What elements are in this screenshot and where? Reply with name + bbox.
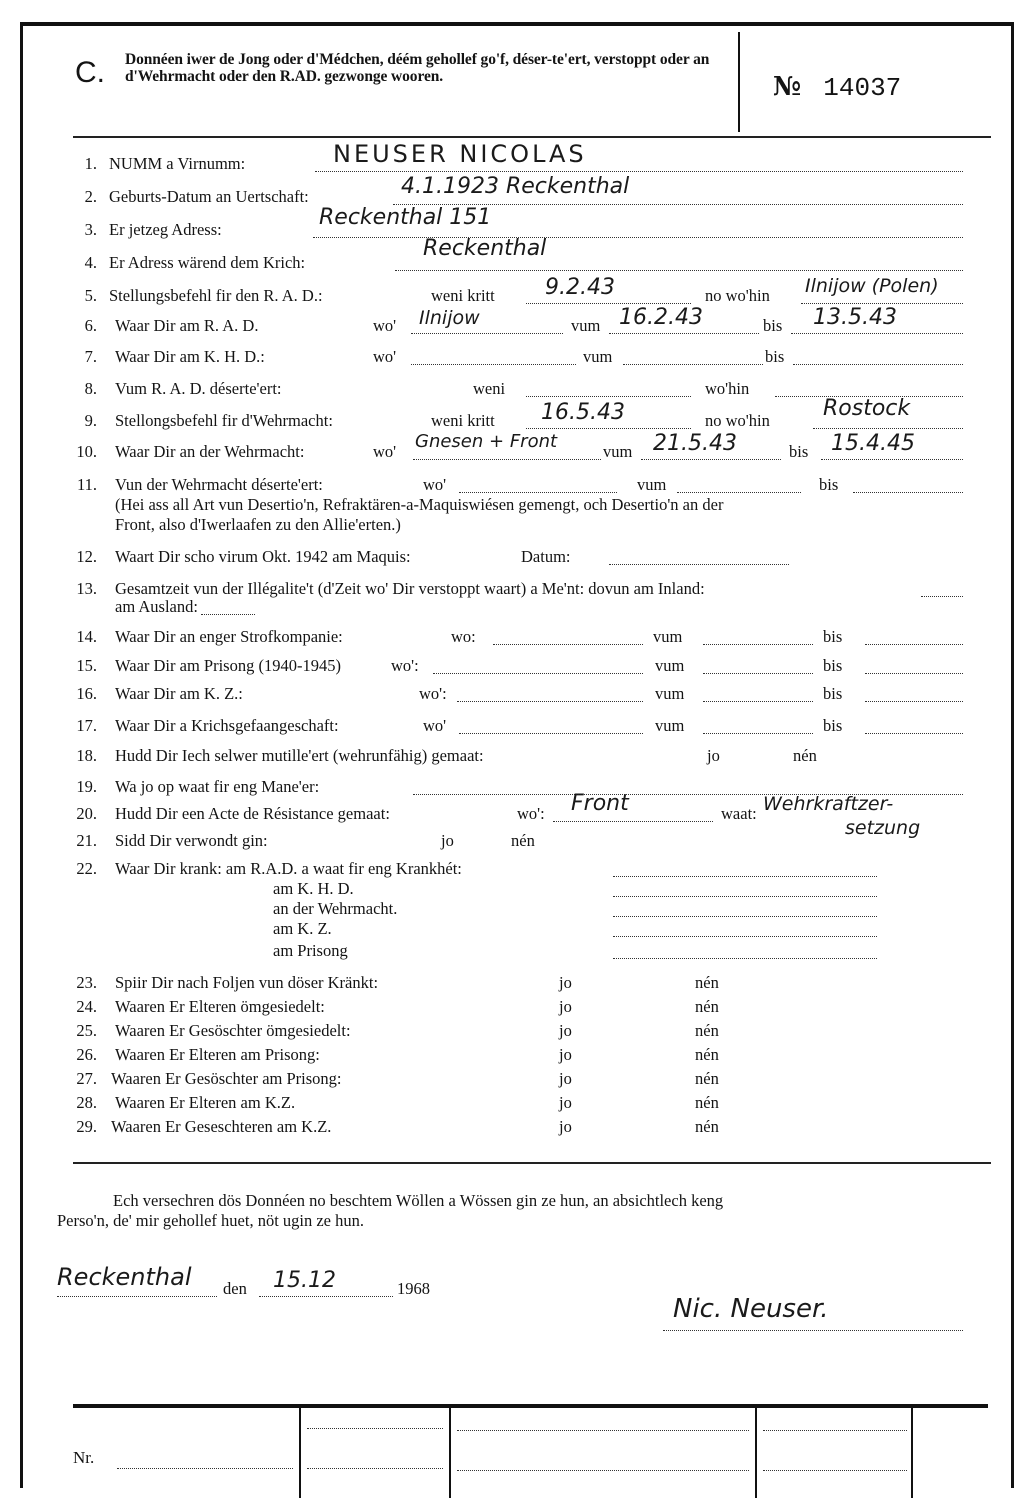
number-sign-icon: № (773, 72, 801, 102)
item-label: Wa jo op waat fir eng Mane'er: (115, 776, 319, 798)
section-letter: C. (75, 56, 105, 90)
no-option[interactable]: nén (695, 1116, 719, 1138)
item-number: 26. (63, 1044, 97, 1066)
item-number: 3. (63, 219, 97, 241)
prison-from-field[interactable] (703, 655, 813, 674)
item-label: Waar Dir am R. A. D. (115, 315, 258, 337)
item-label: Waaren Er Elteren am K.Z. (115, 1092, 295, 1114)
item-label: Waar Dir a Krichsgefaangeschaft: (115, 715, 339, 737)
item-22: 22. Waar Dir krank: am R.A.D. a waat fir… (23, 858, 1011, 958)
illness-rad-field[interactable] (613, 858, 877, 877)
from-label: vum (583, 346, 612, 368)
where-label: wo': (419, 683, 447, 705)
item-label: Stellungsbefehl fir den R. A. D.: (109, 285, 323, 307)
where-label: wo': (517, 803, 545, 825)
illness-wehrmacht-field[interactable] (613, 898, 877, 917)
kz-from-field[interactable] (703, 683, 813, 702)
item-label: Vum R. A. D. déserte'ert: (115, 378, 282, 400)
illness-prison-field[interactable] (613, 940, 877, 959)
table-column-divider (911, 1408, 913, 1498)
where-label: wo' (423, 715, 446, 737)
no-option[interactable]: nén (695, 1068, 719, 1090)
item-number: 13. (63, 578, 97, 600)
where-label: wo': (391, 655, 419, 677)
form-number: №14037 (773, 72, 901, 103)
item-label: Stellongsbefehl fir d'Wehrmacht: (115, 410, 333, 432)
to-label: bis (765, 346, 784, 368)
item-number: 15. (63, 655, 97, 677)
item-number: 8. (63, 378, 97, 400)
item-9: 9. Stellongsbefehl fir d'Wehrmacht: weni… (23, 410, 1011, 432)
kz-to-field[interactable] (865, 683, 963, 702)
what-label: waat: (721, 803, 757, 825)
illness-wehrmacht-label: an der Wehrmacht. (273, 898, 397, 920)
form-number-value: 14037 (823, 73, 901, 103)
form-title: Donnéen iwer de Jong oder d'Médchen, déé… (125, 51, 725, 85)
from-label: vum (603, 441, 632, 463)
office-field[interactable] (307, 1450, 443, 1469)
office-field[interactable] (763, 1482, 907, 1498)
signature-value: Nic. Neuser. (673, 1298, 829, 1320)
rad-destination-value: Ilnijow (Polen) (805, 275, 939, 297)
declaration-line-1: Ech versechren dös Donnéen no beschtem W… (113, 1190, 723, 1212)
illness-khd-field[interactable] (613, 878, 877, 897)
to-label: bis (823, 626, 842, 648)
rad-order-date-value: 9.2.43 (545, 277, 615, 299)
item-1: 1. NUMM a Virnumm: NEUSER NICOLAS (23, 153, 1011, 175)
item-4: 4. Er Adress wärend dem Krich: Reckentha… (23, 252, 1011, 274)
where-label: wo'hin (705, 378, 749, 400)
form-header: C. Donnéen iwer de Jong oder d'Médchen, … (23, 26, 1011, 132)
item-number: 14. (63, 626, 97, 648)
item-number: 27. (63, 1068, 97, 1090)
abroad-label: am Ausland: (115, 596, 198, 618)
item-label: Waaren Er Geseschteren am K.Z. (111, 1116, 331, 1138)
to-label: bis (763, 315, 782, 337)
place-value: Reckenthal (57, 1266, 192, 1288)
den-label: den (223, 1278, 247, 1300)
from-label: vum (655, 683, 684, 705)
item-17: 17. Waar Dir a Krichsgefaangeschaft: wo'… (23, 715, 1011, 737)
rad-from-value: 16.2.43 (619, 307, 703, 329)
wehrmacht-order-date-value: 16.5.43 (541, 402, 625, 424)
section-divider (73, 1162, 991, 1164)
no-option[interactable]: nén (511, 830, 535, 852)
illness-khd-label: am K. H. D. (273, 878, 354, 900)
no-option[interactable]: nén (695, 996, 719, 1018)
yes-option[interactable]: jo (559, 972, 572, 994)
office-field[interactable] (307, 1480, 443, 1498)
item-label: Waaren Er Gesöschter ömgesiedelt: (115, 1020, 351, 1042)
item-number: 12. (63, 546, 97, 568)
item-label: Waaren Er Elteren ömgesiedelt: (115, 996, 325, 1018)
yes-option[interactable]: jo (559, 996, 572, 1018)
no-option[interactable]: nén (695, 972, 719, 994)
from-label: vum (571, 315, 600, 337)
illness-prison-label: am Prisong (273, 940, 348, 962)
no-option[interactable]: nén (695, 1020, 719, 1042)
item-label: Hudd Dir een Acte de Résistance gemaat: (115, 803, 390, 825)
desertion-note-2: Front, also d'Iwerlaafen zu den Allie'er… (115, 514, 401, 536)
resistance-what-value: Wehrkraftzer- (763, 793, 893, 815)
item-number: 10. (63, 441, 97, 463)
item-26: 26. Waaren Er Elteren am Prisong: jo nén (23, 1044, 1011, 1066)
to-label: bis (819, 474, 838, 496)
declaration: Ech versechren dös Donnéen no beschtem W… (23, 1190, 1011, 1234)
item-number: 23. (63, 972, 97, 994)
item-label: Er jetzeg Adress: (109, 219, 222, 241)
resistance-where-value: Front (571, 793, 629, 815)
item-29: 29. Waaren Er Geseschteren am K.Z. jo né… (23, 1116, 1011, 1138)
date-value: 15.12 (273, 1270, 336, 1292)
abroad-field[interactable] (201, 596, 255, 615)
item-number: 19. (63, 776, 97, 798)
item-25: 25. Waaren Er Gesöschter ömgesiedelt: jo… (23, 1020, 1011, 1042)
item-label: Waart Dir scho virum Okt. 1942 am Maquis… (115, 546, 411, 568)
where-label: wo' (423, 474, 446, 496)
table-column-divider (755, 1408, 757, 1498)
item-number: 21. (63, 830, 97, 852)
no-option[interactable]: nén (695, 1044, 719, 1066)
item-label: NUMM a Virnumm: (109, 153, 245, 175)
item-5: 5. Stellungsbefehl fir den R. A. D.: wen… (23, 285, 1011, 307)
desertion-note: (Hei ass all Art vun Desertio'n, Refrakt… (115, 494, 723, 516)
date-label: Datum: (521, 546, 571, 568)
when-label: weni (473, 378, 505, 400)
prison-where-field[interactable] (433, 655, 643, 674)
item-number: 6. (63, 315, 97, 337)
khd-from-field[interactable] (623, 346, 763, 365)
yes-option[interactable]: jo (559, 1020, 572, 1042)
item-23: 23. Spiir Dir nach Foljen vun döser Krän… (23, 972, 1011, 994)
item-number: 28. (63, 1092, 97, 1114)
item-number: 4. (63, 252, 97, 274)
item-number: 22. (63, 858, 97, 880)
office-field[interactable] (457, 1452, 749, 1471)
declaration-line-2: Perso'n, de' mir gehollef huet, nöt ugin… (57, 1210, 364, 1232)
item-number: 5. (63, 285, 97, 307)
item-label: Sidd Dir verwondt gin: (115, 830, 268, 852)
item-label: Er Adress wärend dem Krich: (109, 252, 305, 274)
item-18: 18. Hudd Dir Iech selwer mutille'ert (we… (23, 745, 1011, 767)
item-number: 20. (63, 803, 97, 825)
maquis-date-field[interactable] (609, 546, 789, 565)
desertion-where-field[interactable] (459, 474, 617, 493)
item-15: 15. Waar Dir am Prisong (1940-1945) wo':… (23, 655, 1011, 677)
item-21: 21. Sidd Dir verwondt gin: jo nén (23, 830, 1011, 852)
wehrmacht-destination-value: Rostock (823, 398, 910, 420)
item-7: 7. Waar Dir am K. H. D.: wo' vum bis (23, 346, 1011, 368)
year-label: 1968 (397, 1278, 430, 1300)
to-label: bis (789, 441, 808, 463)
office-field[interactable] (307, 1410, 443, 1429)
item-number: 29. (63, 1116, 97, 1138)
rad-where-value: Ilnijow (419, 307, 480, 329)
item-number: 1. (63, 153, 97, 175)
pow-to-field[interactable] (865, 715, 963, 734)
item-10: 10. Waar Dir an der Wehrmacht: wo' Gnese… (23, 441, 1011, 463)
no-option[interactable]: nén (793, 745, 817, 767)
from-label: vum (655, 655, 684, 677)
office-use-table: Nr. (73, 1404, 988, 1498)
item-label: Waar Dir krank: am R.A.D. a waat fir eng… (115, 858, 462, 880)
item-label: Waar Dir am K. Z.: (115, 683, 243, 705)
khd-where-field[interactable] (411, 346, 576, 365)
item-number: 7. (63, 346, 97, 368)
from-label: vum (637, 474, 666, 496)
item-6: 6. Waar Dir am R. A. D. wo' Ilnijow vum … (23, 315, 1011, 337)
table-column-divider (449, 1408, 451, 1498)
when-label: weni kritt (431, 285, 495, 307)
office-field[interactable] (457, 1482, 749, 1498)
penal-from-field[interactable] (703, 626, 813, 645)
yes-option[interactable]: jo (707, 745, 720, 767)
inland-field[interactable] (921, 578, 963, 597)
when-label: weni kritt (431, 410, 495, 432)
rad-to-value: 13.5.43 (813, 307, 897, 329)
khd-to-field[interactable] (793, 346, 963, 365)
item-11: 11. Vun der Wehrmacht déserte'ert: wo' v… (23, 474, 1011, 538)
desertion-from-field[interactable] (677, 474, 801, 493)
where-label: wo: (451, 626, 476, 648)
where-label: no wo'hin (705, 285, 770, 307)
rad-desert-destination-field[interactable] (775, 378, 963, 397)
war-address-value: Reckenthal (423, 238, 546, 260)
item-label: Geburts-Datum an Uertschaft: (109, 186, 309, 208)
item-label: Vun der Wehrmacht déserte'ert: (115, 474, 323, 496)
birth-value: 4.1.1923 Reckenthal (401, 176, 629, 198)
item-number: 17. (63, 715, 97, 737)
header-divider (738, 32, 740, 132)
item-number: 25. (63, 1020, 97, 1042)
item-number: 24. (63, 996, 97, 1018)
where-label: wo' (373, 346, 396, 368)
item-16: 16. Waar Dir am K. Z.: wo': vum bis (23, 683, 1011, 705)
where-label: wo' (373, 315, 396, 337)
item-number: 18. (63, 745, 97, 767)
item-label: Spiir Dir nach Foljen vun döser Kränkt: (115, 972, 378, 994)
table-top-rule (73, 1404, 988, 1408)
item-2: 2. Geburts-Datum an Uertschaft: 4.1.1923… (23, 186, 1011, 208)
illness-kz-field[interactable] (613, 918, 877, 937)
item-28: 28. Waaren Er Elteren am K.Z. jo nén (23, 1092, 1011, 1114)
signature-block: Reckenthal den 15.12 1968 Nic. Neuser. (23, 1278, 1011, 1338)
item-number: 9. (63, 410, 97, 432)
name-value: NEUSER NICOLAS (333, 143, 587, 165)
item-number: 2. (63, 186, 97, 208)
office-field[interactable] (457, 1412, 749, 1431)
prison-to-field[interactable] (865, 655, 963, 674)
item-label: Waar Dir am K. H. D.: (115, 346, 265, 368)
office-field[interactable] (763, 1452, 907, 1471)
pow-where-field[interactable] (459, 715, 643, 734)
item-label: Waar Dir an enger Strofkompanie: (115, 626, 343, 648)
item-13: 13. Gesamtzeit vun der Illégalite't (d'Z… (23, 578, 1011, 620)
penal-where-field[interactable] (493, 626, 643, 645)
item-label: Hudd Dir Iech selwer mutille'ert (wehrun… (115, 745, 484, 767)
item-label: Waaren Er Elteren am Prisong: (115, 1044, 320, 1066)
where-label: no wo'hin (705, 410, 770, 432)
nr-field[interactable] (117, 1450, 293, 1469)
yes-option[interactable]: jo (559, 1116, 572, 1138)
table-column-divider (299, 1408, 301, 1498)
illness-kz-label: am K. Z. (273, 918, 332, 940)
item-12: 12. Waart Dir scho virum Okt. 1942 am Ma… (23, 546, 1011, 568)
yes-option[interactable]: jo (441, 830, 454, 852)
from-label: vum (653, 626, 682, 648)
yes-option[interactable]: jo (559, 1068, 572, 1090)
pow-from-field[interactable] (703, 715, 813, 734)
from-label: vum (655, 715, 684, 737)
wehrmacht-where-value: Gnesen + Front (415, 431, 557, 453)
where-label: wo' (373, 441, 396, 463)
header-divider-rule (73, 136, 991, 138)
kz-where-field[interactable] (457, 683, 643, 702)
item-27: 27. Waaren Er Gesöschter am Prisong: jo … (23, 1068, 1011, 1090)
item-number: 11. (63, 474, 97, 496)
item-24: 24. Waaren Er Elteren ömgesiedelt: jo né… (23, 996, 1011, 1018)
item-14: 14. Waar Dir an enger Strofkompanie: wo:… (23, 626, 1011, 648)
yes-option[interactable]: jo (559, 1044, 572, 1066)
wehrmacht-from-value: 21.5.43 (653, 433, 737, 455)
nr-label: Nr. (73, 1448, 94, 1468)
to-label: bis (823, 655, 842, 677)
desertion-to-field[interactable] (853, 474, 963, 493)
current-address-value: Reckenthal 151 (319, 207, 491, 229)
no-option[interactable]: nén (695, 1092, 719, 1114)
office-field[interactable] (763, 1412, 907, 1431)
item-label: Waaren Er Gesöschter am Prisong: (111, 1068, 342, 1090)
yes-option[interactable]: jo (559, 1092, 572, 1114)
wehrmacht-to-value: 15.4.45 (831, 433, 915, 455)
to-label: bis (823, 715, 842, 737)
item-label: Waar Dir an der Wehrmacht: (115, 441, 304, 463)
form-page: C. Donnéen iwer de Jong oder d'Médchen, … (20, 22, 1014, 1488)
to-label: bis (823, 683, 842, 705)
item-number: 16. (63, 683, 97, 705)
item-label: Waar Dir am Prisong (1940-1945) (115, 655, 341, 677)
penal-to-field[interactable] (865, 626, 963, 645)
rad-desert-date-field[interactable] (526, 378, 691, 397)
